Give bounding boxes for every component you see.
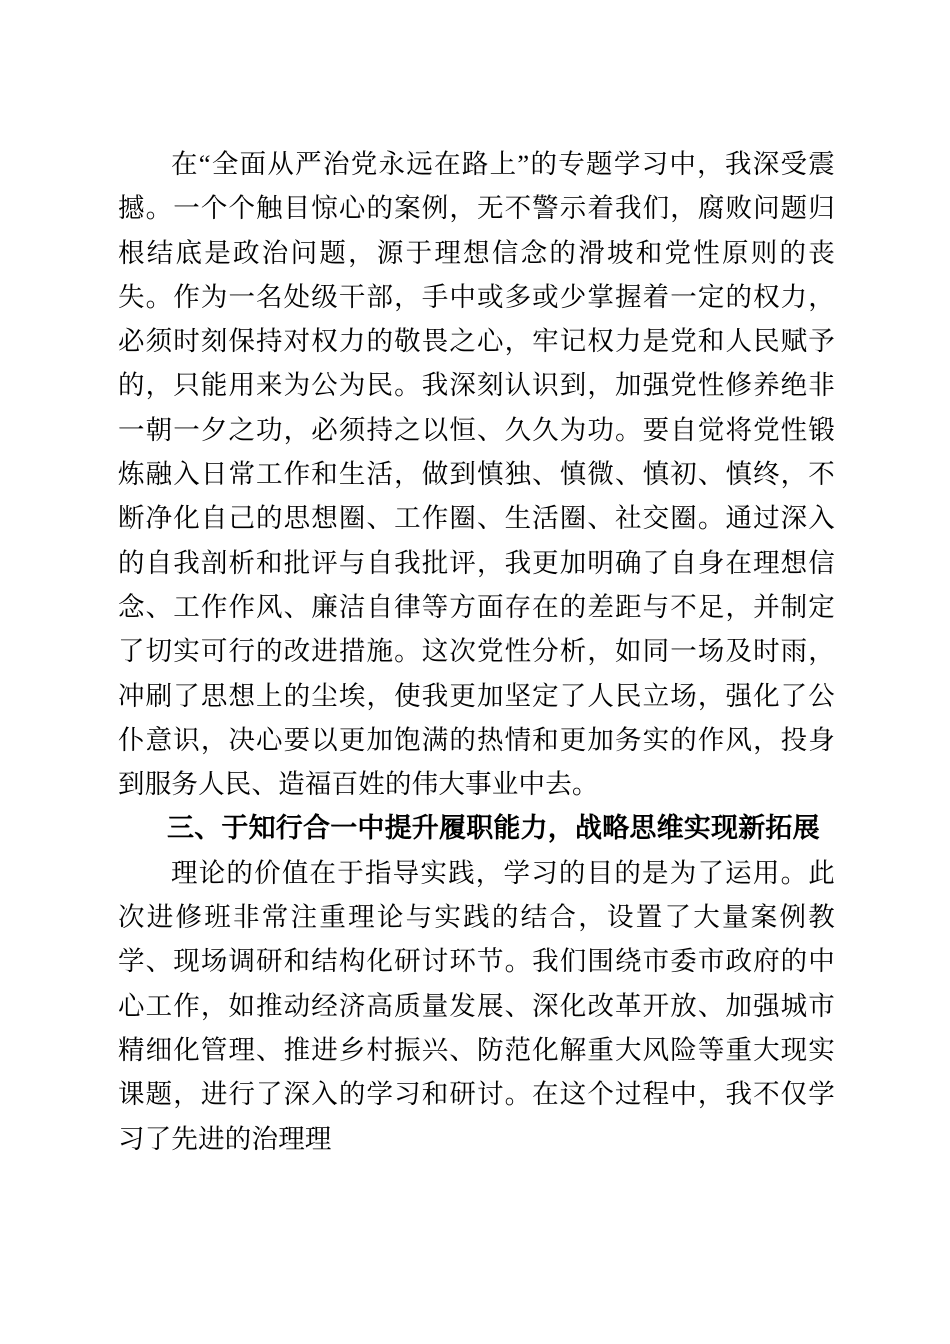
paragraph-party-spirit-reflection: 在“全面从严治党永远在路上”的专题学习中，我深受震撼。一个个触目惊心的案例，无不…	[118, 142, 835, 806]
document-text-block: 在“全面从严治党永远在路上”的专题学习中，我深受震撼。一个个触目惊心的案例，无不…	[118, 142, 835, 1161]
section-heading-three: 三、于知行合一中提升履职能力，战略思维实现新拓展	[118, 806, 835, 850]
document-page: 在“全面从严治党永远在路上”的专题学习中，我深受震撼。一个个触目惊心的案例，无不…	[0, 0, 950, 1344]
paragraph-theory-practice: 理论的价值在于指导实践，学习的目的是为了运用。此次进修班非常注重理论与实践的结合…	[118, 851, 835, 1161]
